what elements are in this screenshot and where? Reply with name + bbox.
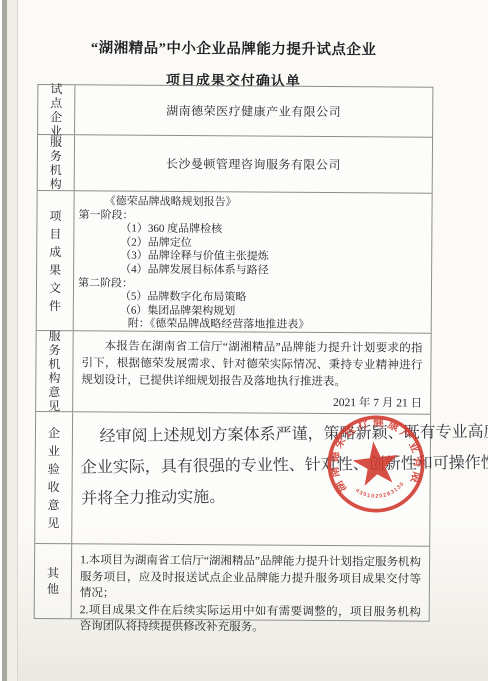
service-agency-label: 服务机构 (50, 135, 62, 191)
row-pilot-enterprise: 试点企业 湖南德荣医疗健康产业有限公司 (38, 85, 432, 138)
other-item: 1.本项目为湖南省工信厅“湖湘精品”品牌能力提升计划指定服务机构服务项目，应及时… (80, 552, 421, 604)
service-agency-value: 长沙曼顿管理咨询服务有限公司 (75, 135, 432, 192)
agency-opinion-label-cell: 服务机构意见 (36, 331, 74, 411)
confirmation-table: 试点企业 湖南德荣医疗健康产业有限公司 服务机构 长沙曼顿管理咨询服务有限公司 … (34, 84, 434, 622)
row-other: 其他 1.本项目为湖南省工信厅“湖湘精品”品牌能力提升计划指定服务机构服务项目，… (35, 544, 430, 621)
seal-number: 4301020283130 (353, 480, 407, 503)
other-label: 其他 (47, 565, 59, 597)
enterprise-acceptance-label: 企业验收意见 (47, 424, 60, 532)
other-label-cell: 其他 (35, 544, 73, 618)
page-content: “湖湘精品”中小企业品牌能力提升试点企业 项目成果交付确认单 试点企业 湖南德荣… (5, 0, 488, 681)
deliverables-value: 《德荣品牌战略规划报告》 第一阶段： （1）360 度品牌检核 （2）品牌定位 … (74, 191, 432, 332)
pilot-enterprise-label: 试点企业 (50, 82, 62, 138)
document-title: “湖湘精品”中小企业品牌能力提升试点企业 (10, 36, 458, 60)
company-seal: 湖南德荣医疗健康产业有限公司 4301020283130 (316, 402, 437, 526)
enterprise-acceptance-label-cell: 企业验收意见 (35, 412, 73, 543)
row-deliverables: 项目成果文件 《德荣品牌战略规划报告》 第一阶段： （1）360 度品牌检核 （… (37, 191, 432, 334)
agency-opinion-label: 服务机构意见 (48, 329, 61, 413)
deliverables-label: 项目成果文件 (49, 207, 62, 315)
agency-opinion-value: 本报告在湖南省工信厅“湖湘精品”品牌能力提升计划要求的指引下，根据德荣发展需求、… (73, 331, 431, 413)
other-value: 1.本项目为湖南省工信厅“湖湘精品”品牌能力提升计划指定服务机构服务项目，应及时… (72, 544, 430, 620)
row-agency-opinion: 服务机构意见 本报告在湖南省工信厅“湖湘精品”品牌能力提升计划要求的指引下，根据… (36, 331, 431, 415)
seal-star (351, 439, 401, 487)
row-service-agency: 服务机构 长沙曼顿管理咨询服务有限公司 (38, 135, 432, 194)
service-agency-label-cell: 服务机构 (38, 135, 75, 190)
pilot-enterprise-label-cell: 试点企业 (38, 85, 75, 134)
pilot-enterprise-value: 湖南德荣医疗健康产业有限公司 (75, 85, 432, 136)
agency-opinion-text: 本报告在湖南省工信厅“湖湘精品”品牌能力提升计划要求的指引下，根据德荣发展需求、… (73, 331, 430, 391)
other-item: 2.项目成果文件在后续实际运用中如有需要调整的，项目服务机构咨询团队将持续提供修… (80, 602, 421, 637)
deliverables-lines: 《德荣品牌战略规划报告》 第一阶段： （1）360 度品牌检核 （2）品牌定位 … (74, 191, 432, 333)
scanned-document: “湖湘精品”中小企业品牌能力提升试点企业 项目成果交付确认单 试点企业 湖南德荣… (0, 0, 488, 681)
deliverables-label-cell: 项目成果文件 (37, 191, 75, 330)
other-items: 1.本项目为湖南省工信厅“湖湘精品”品牌能力提升计划指定服务机构服务项目，应及时… (72, 544, 430, 637)
